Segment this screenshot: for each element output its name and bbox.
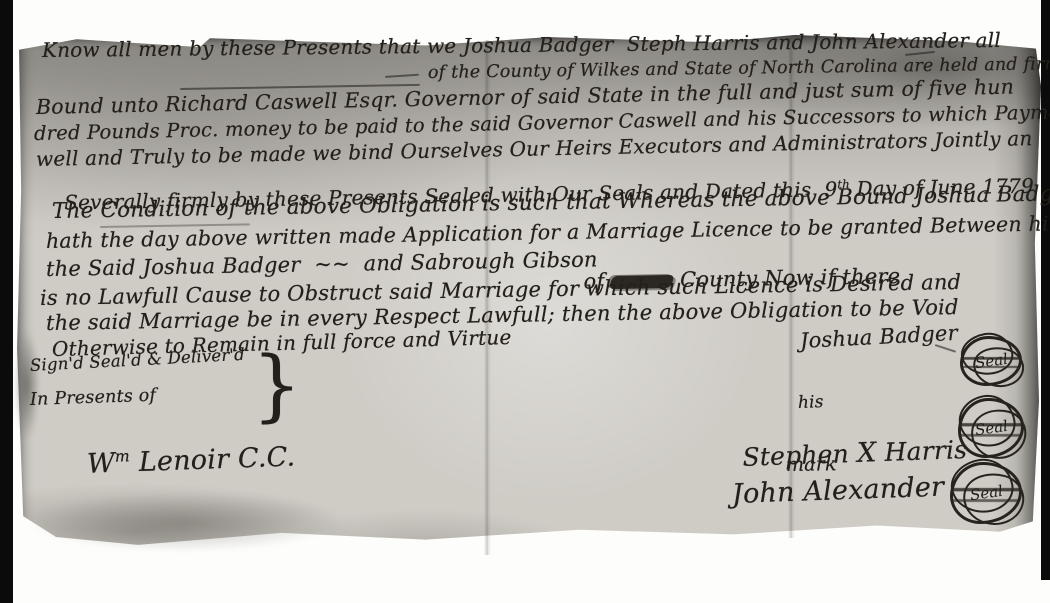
film-edge-left: [0, 0, 13, 603]
seal-label: Seal: [973, 350, 1008, 372]
stephen-his-label: his: [798, 394, 824, 412]
john-alexander-signature: John Alexander: [732, 474, 945, 508]
witness-superscript: m: [114, 446, 130, 466]
seal-icon: Seal: [960, 336, 1022, 386]
seal-label: Seal: [968, 482, 1003, 504]
witness-name-rest: Lenoir C.C.: [130, 442, 296, 479]
stephen-x-mark: X: [856, 437, 876, 469]
witness-initial: W: [87, 448, 116, 480]
attestation-brace: }: [252, 350, 302, 422]
paper-stain: [14, 330, 40, 440]
seal-icon: Seal: [950, 462, 1022, 524]
seal-label: Seal: [973, 417, 1008, 439]
film-edge-right: [1041, 0, 1050, 580]
witness-signature: Wm Lenoir C.C.: [51, 416, 297, 506]
marriage-bond-scan: Know all men by these Presents that we J…: [0, 0, 1050, 603]
stephen-mark-label: mark: [786, 455, 837, 475]
seal-icon: Seal: [958, 398, 1024, 458]
attestation-line-2: In Presents of: [30, 388, 157, 410]
stephen-last-name: Harris: [876, 435, 968, 467]
